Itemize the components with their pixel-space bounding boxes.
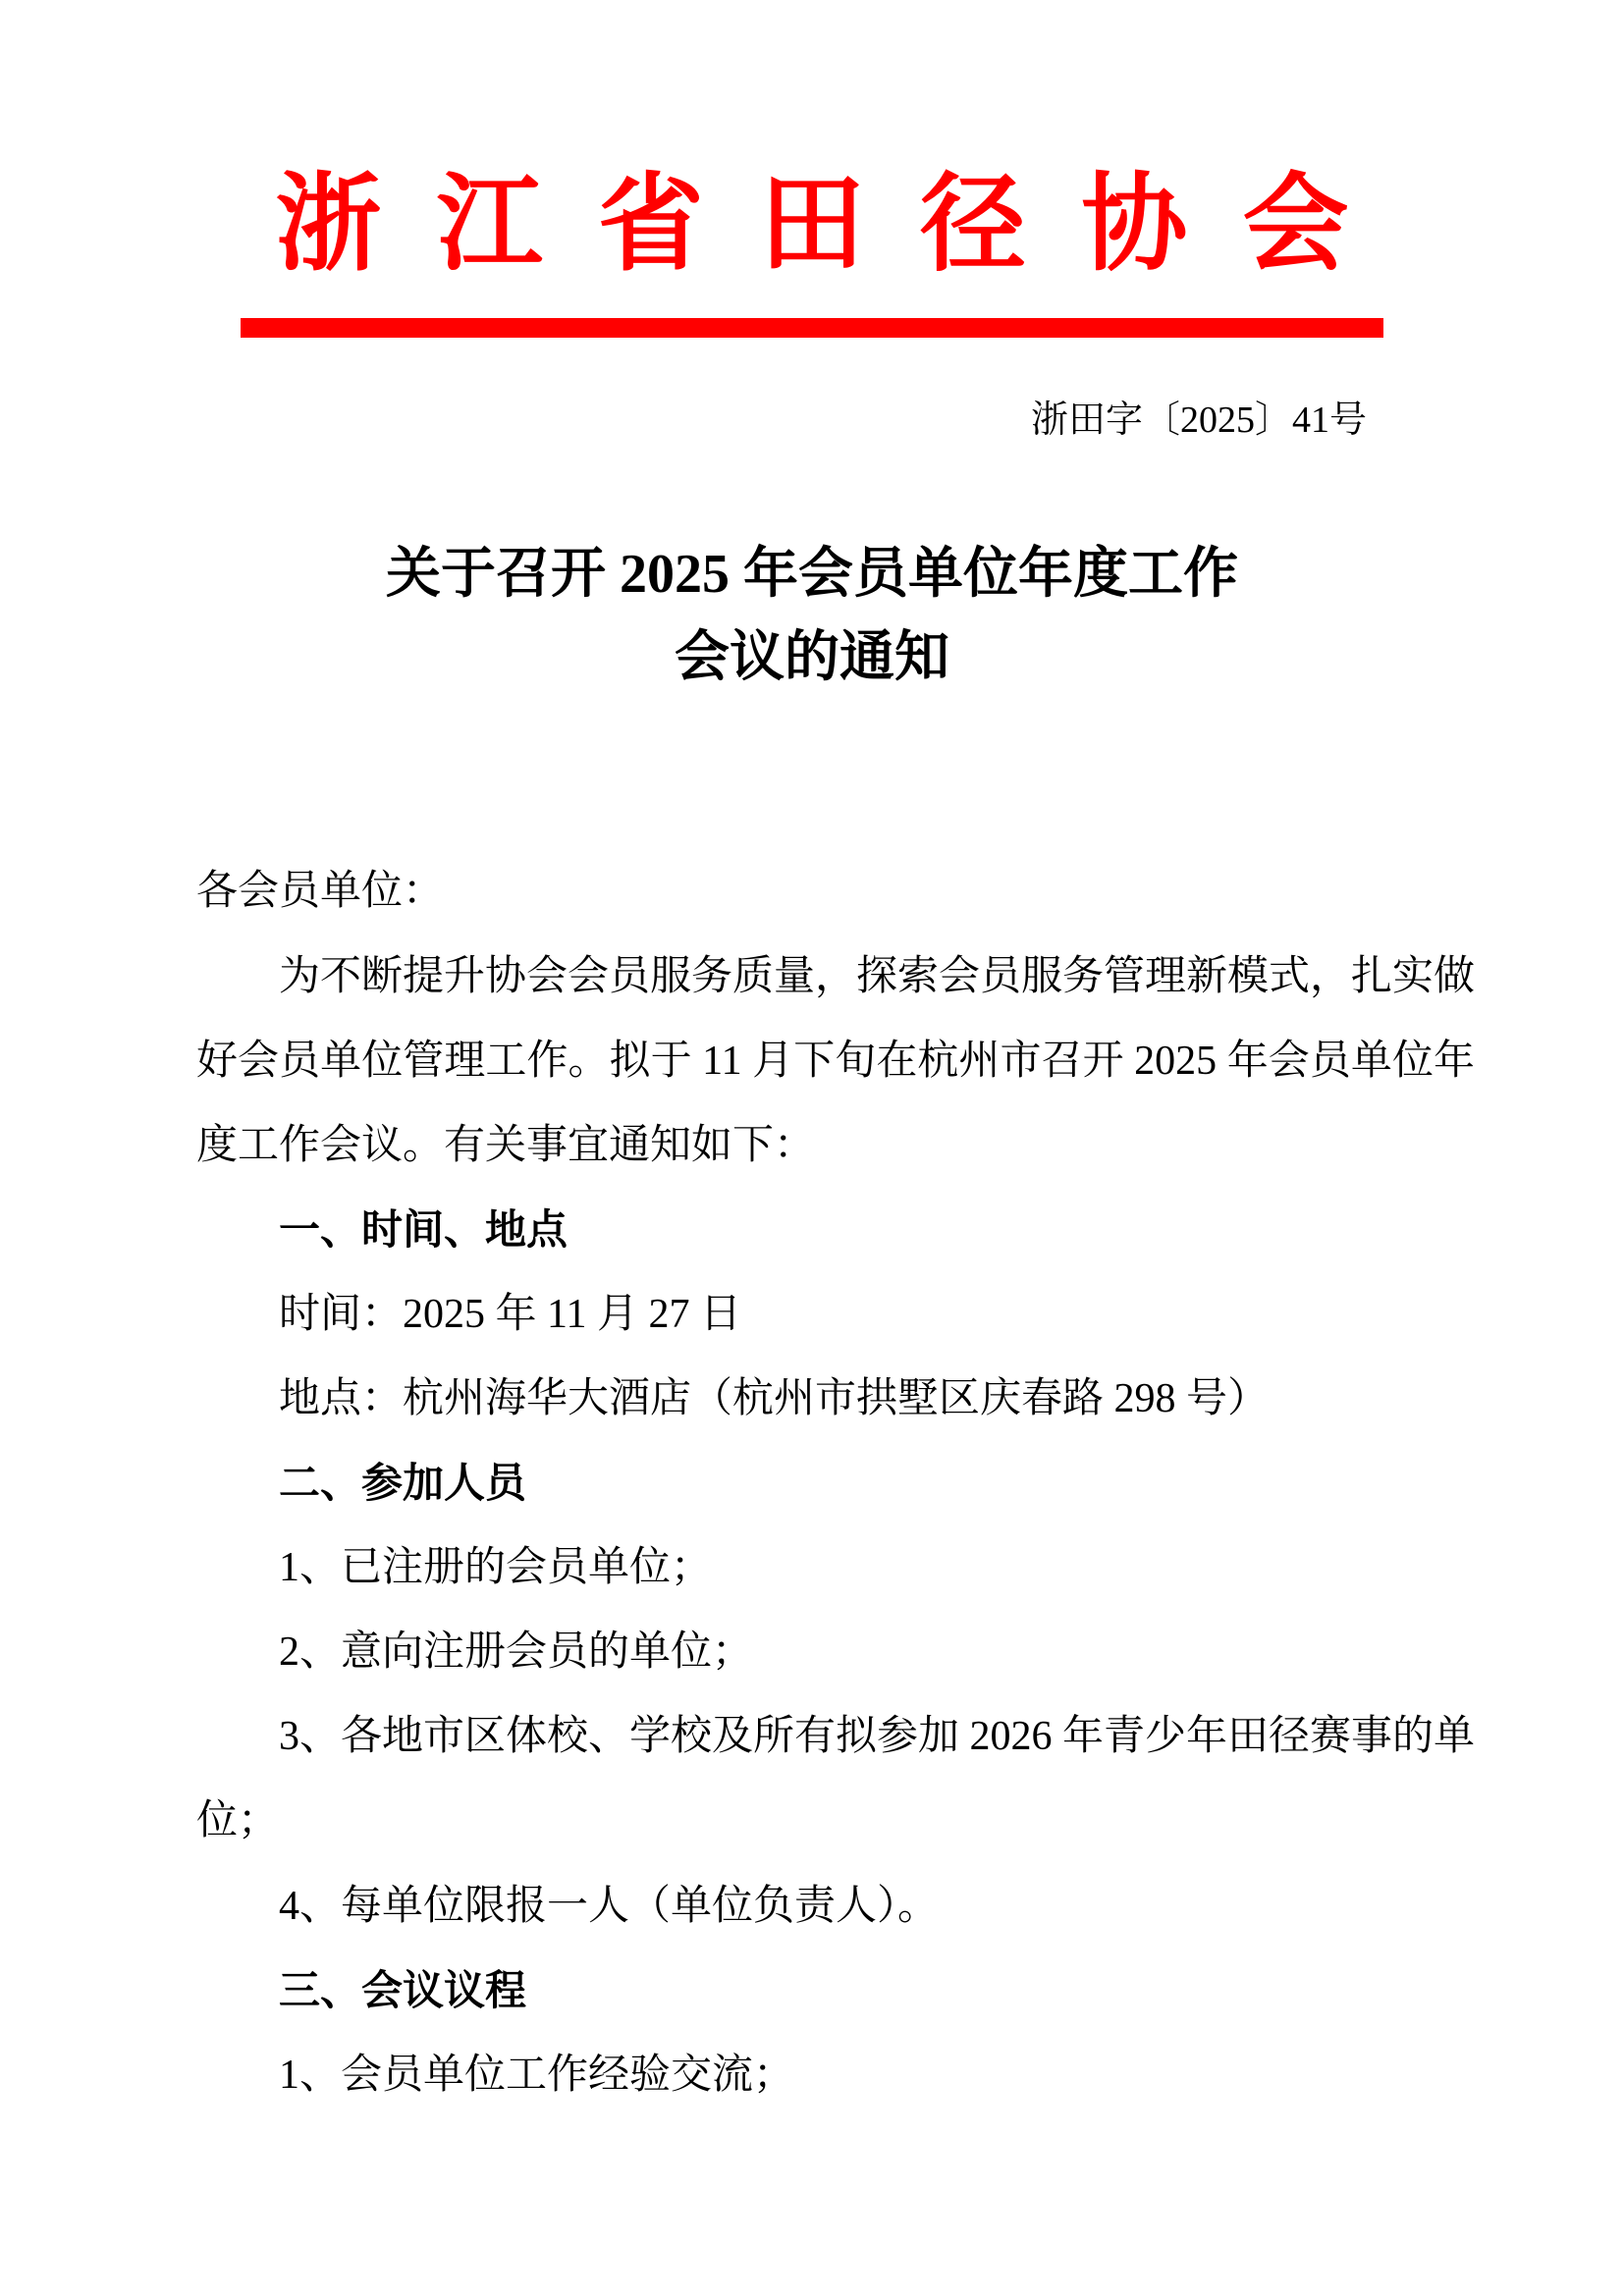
notice-title-line1: 关于召开 2025 年会员单位年度工作 xyxy=(0,533,1624,616)
section-3-item-1: 1、会员单位工作经验交流； xyxy=(196,2033,1475,2117)
section-2-heading: 二、参加人员 xyxy=(196,1441,1475,1525)
section-3-heading: 三、会议议程 xyxy=(196,1949,1475,2033)
section-1-heading: 一、时间、地点 xyxy=(196,1188,1475,1272)
section-1-item-time: 时间：2025 年 11 月 27 日 xyxy=(196,1272,1475,1357)
intro-paragraph: 为不断提升协会会员服务质量，探索会员服务管理新模式，扎实做好会员单位管理工作。拟… xyxy=(196,934,1475,1188)
section-2-item-3: 3、各地市区体校、学校及所有拟参加 2026 年青少年田径赛事的单位； xyxy=(196,1694,1475,1863)
section-2-item-4: 4、每单位限报一人（单位负责人）。 xyxy=(196,1864,1475,1949)
section-1-item-location: 地点：杭州海华大酒店（杭州市拱墅区庆春路 298 号） xyxy=(196,1357,1475,1441)
letterhead: 浙江省田径协会 xyxy=(0,0,1624,338)
notice-title-line2: 会议的通知 xyxy=(0,616,1624,700)
section-2-item-1: 1、已注册的会员单位； xyxy=(196,1525,1475,1610)
document-body: 各会员单位： 为不断提升协会会员服务质量，探索会员服务管理新模式，扎实做好会员单… xyxy=(196,849,1475,2116)
doc-number: 浙田字〔2025〕41号 xyxy=(0,399,1624,444)
section-2-item-2: 2、意向注册会员的单位； xyxy=(196,1610,1475,1694)
letterhead-divider xyxy=(241,318,1383,338)
org-title: 浙江省田径协会 xyxy=(0,0,1624,316)
document-page: 浙江省田径协会 浙田字〔2025〕41号 关于召开 2025 年会员单位年度工作… xyxy=(0,0,1624,2296)
notice-title: 关于召开 2025 年会员单位年度工作 会议的通知 xyxy=(0,533,1624,700)
salutation: 各会员单位： xyxy=(196,849,1475,934)
